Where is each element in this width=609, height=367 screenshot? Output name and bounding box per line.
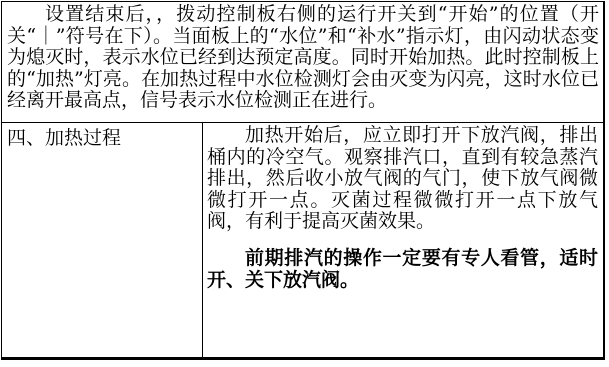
heating-process-row: 四、加热过程 加热开始后，应立即打开下放汽阀，排出桶内的冷空气。观察排汽口，直到… [2,123,603,357]
intro-paragraph: 设置结束后，，拨动控制板右侧的运行开关到“开始”的位置（开关“｜”符号在下）。当… [7,4,599,112]
section-label-cell: 四、加热过程 [2,123,203,357]
section-body-paragraph: 加热开始后，应立即打开下放汽阀，排出桶内的冷空气。观察排汽口，直到有较急蒸汽排出… [207,125,598,233]
section-content-cell: 加热开始后，应立即打开下放汽阀，排出桶内的冷空气。观察排汽口，直到有较急蒸汽排出… [203,123,603,357]
instruction-table: 设置结束后，，拨动控制板右侧的运行开关到“开始”的位置（开关“｜”符号在下）。当… [1,1,605,360]
section-warning-paragraph: 前期排汽的操作一定要有专人看管，适时开、关下放汽阀。 [207,248,598,291]
section-label: 四、加热过程 [7,127,121,149]
intro-row: 设置结束后，，拨动控制板右侧的运行开关到“开始”的位置（开关“｜”符号在下）。当… [2,2,603,123]
document-page: 设置结束后，，拨动控制板右侧的运行开关到“开始”的位置（开关“｜”符号在下）。当… [0,0,609,367]
